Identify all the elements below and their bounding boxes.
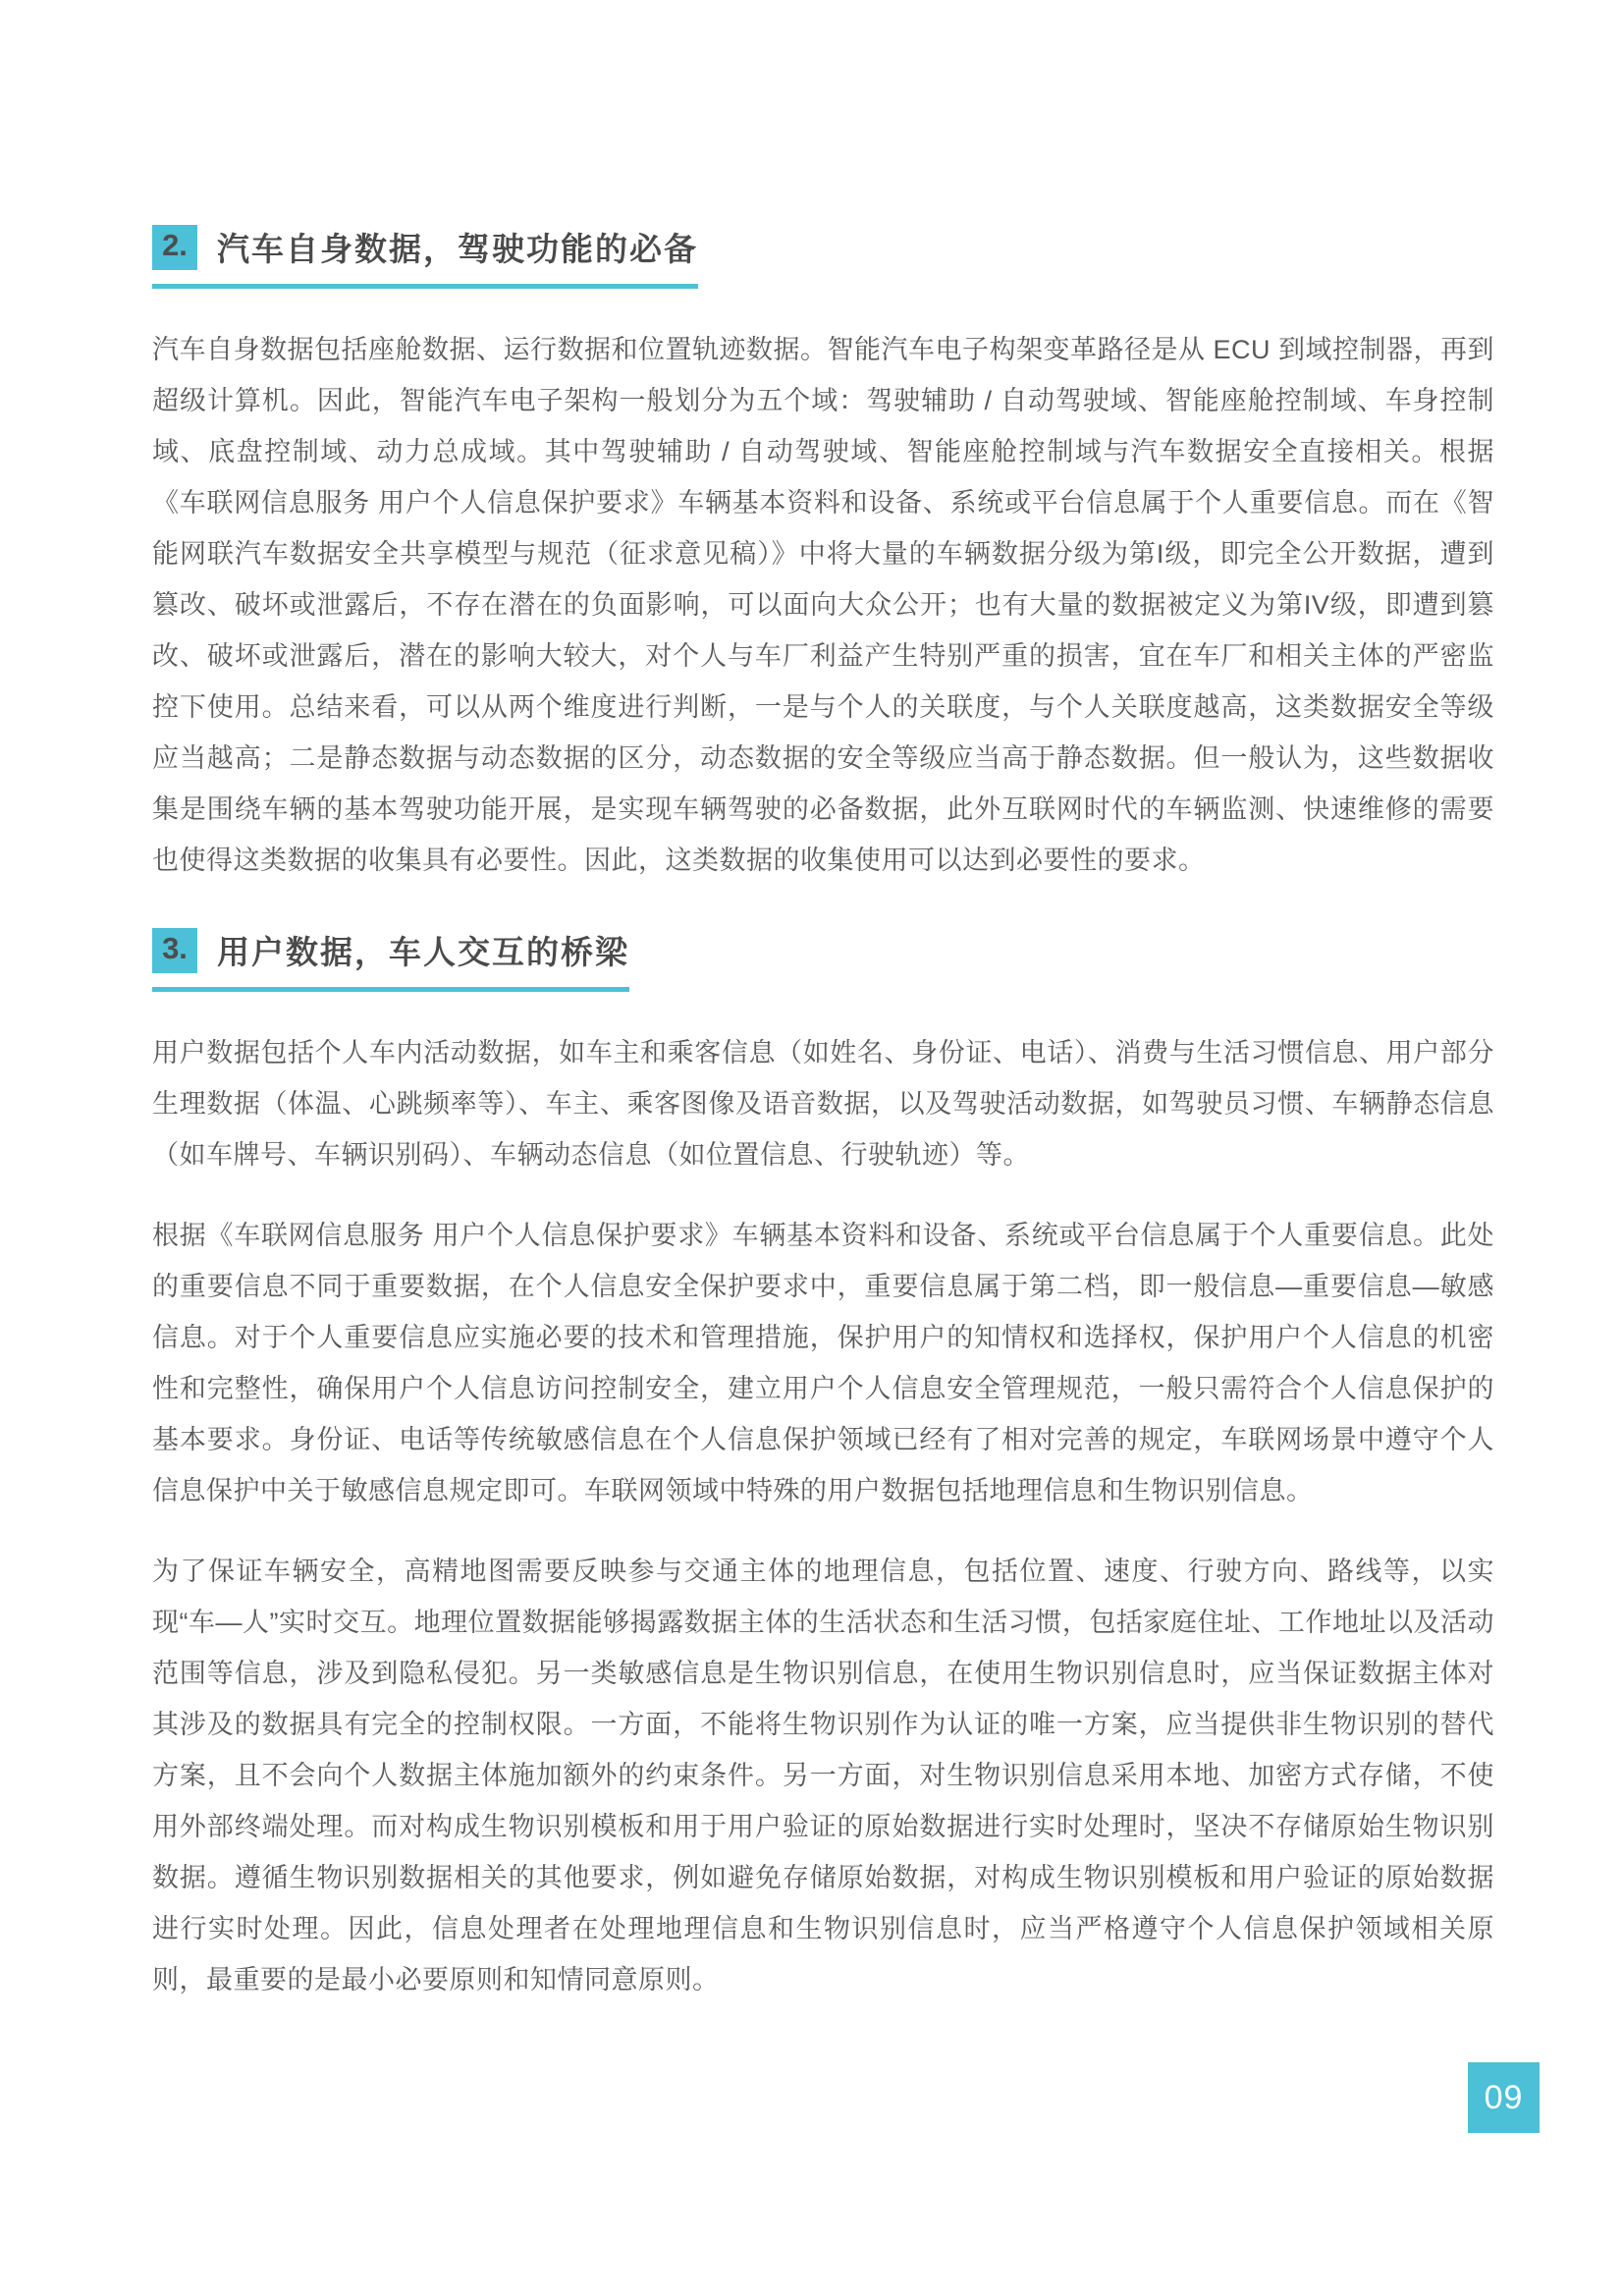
section-title: 用户数据，车人交互的桥梁 [217,927,629,973]
section-number-badge: 2. [152,225,197,270]
section-heading-3: 3. 用户数据，车人交互的桥梁 [152,927,629,992]
paragraph: 用户数据包括个人车内活动数据，如车主和乘客信息（如姓名、身份证、电话）、消费与生… [152,1027,1494,1180]
section-number-badge: 3. [152,928,197,973]
document-page: 2. 汽车自身数据，驾驶功能的必备 汽车自身数据包括座舱数据、运行数据和位置轨迹… [0,0,1623,2296]
paragraph: 汽车自身数据包括座舱数据、运行数据和位置轨迹数据。智能汽车电子构架变革路径是从 … [152,324,1494,886]
paragraph: 为了保证车辆安全，高精地图需要反映参与交通主体的地理信息，包括位置、速度、行驶方… [152,1546,1494,2005]
page-number-badge: 09 [1468,2062,1540,2133]
paragraph: 根据《车联网信息服务 用户个人信息保护要求》车辆基本资料和设备、系统或平台信息属… [152,1210,1494,1516]
section-user-data: 3. 用户数据，车人交互的桥梁 用户数据包括个人车内活动数据，如车主和乘客信息（… [152,927,1494,2005]
section-title: 汽车自身数据，驾驶功能的必备 [217,224,698,270]
section-vehicle-data: 2. 汽车自身数据，驾驶功能的必备 汽车自身数据包括座舱数据、运行数据和位置轨迹… [152,224,1494,886]
page-content: 2. 汽车自身数据，驾驶功能的必备 汽车自身数据包括座舱数据、运行数据和位置轨迹… [152,224,1494,2035]
section-heading-2: 2. 汽车自身数据，驾驶功能的必备 [152,224,698,289]
